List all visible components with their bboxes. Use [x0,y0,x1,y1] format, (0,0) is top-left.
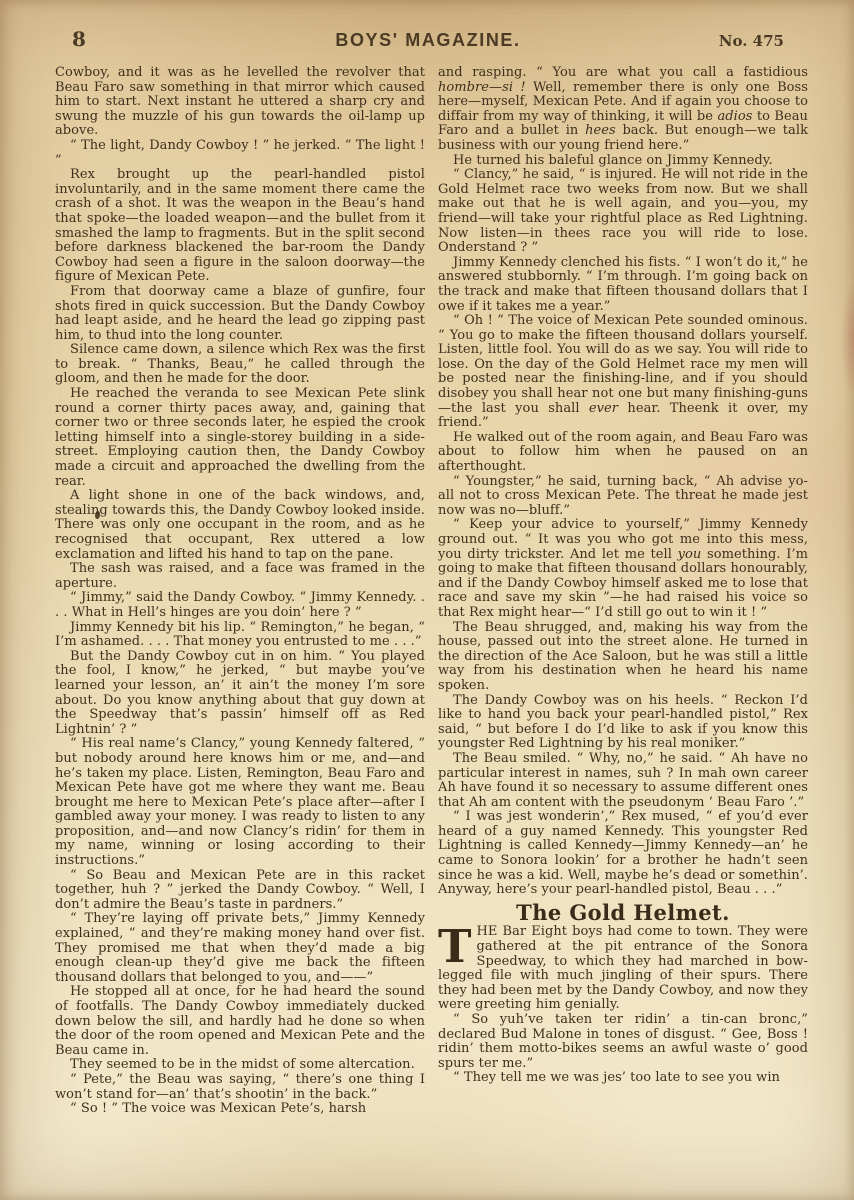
italic-text-run: ever [589,401,618,416]
story-paragraph: Cowboy, and it was as he levelled the re… [55,66,425,139]
story-paragraph: He walked out of the room again, and Bea… [438,431,808,475]
story-paragraph: Silence came down, a silence which Rex w… [55,343,425,387]
section-heading: The Gold Helmet. [438,906,808,921]
text-run: A light shone in one of the back windows… [55,488,425,561]
text-run: and rasping. “ You are what you call a f… [438,65,808,80]
italic-text-run: hees [585,123,616,138]
text-run: Silence came down, a silence which Rex w… [55,342,425,386]
story-paragraph: “ His real name’s Clancy,” young Kennedy… [55,737,425,868]
text-run: The Beau shrugged, and, making his way f… [438,620,808,693]
text-run: They seemed to be in the midst of some a… [70,1057,415,1072]
text-run: The Dandy Cowboy was on his heels. “ Rec… [438,693,808,752]
story-paragraph: Rex brought up the pearl-handled pistol … [55,168,425,285]
story-paragraph: “ So ! ” The voice was Mexican Pete’s, h… [55,1102,425,1117]
text-run: He turned his baleful glance on Jimmy Ke… [453,153,773,168]
story-paragraph: THE Bar Eight boys had come to town. The… [438,925,808,1013]
text-run: “ His real name’s Clancy,” young Kennedy… [55,736,425,868]
story-paragraph: He turned his baleful glance on Jimmy Ke… [438,154,808,169]
story-paragraph: He reached the veranda to see Mexican Pe… [55,387,425,489]
story-paragraph: From that doorway came a blaze of gunfir… [55,285,425,343]
text-run: “ Clancy,” he said, “ is injured. He wil… [438,167,808,255]
italic-text-run: hombre—si ! [438,80,526,95]
text-run: “ So yuh’ve taken ter ridin’ a tin-can b… [438,1012,808,1071]
drop-cap: T [438,925,477,966]
story-paragraph: “ The light, Dandy Cowboy ! ” he jerked.… [55,139,425,168]
right-column-bottom: THE Bar Eight boys had come to town. The… [438,925,808,1086]
page-header: 8 BOYS' MAGAZINE. No. 475 [0,0,854,66]
story-paragraph: “ So yuh’ve taken ter ridin’ a tin-can b… [438,1013,808,1071]
text-run: “ So Beau and Mexican Pete are in this r… [55,868,425,912]
text-run: The Beau smiled. “ Why, no,” he said. “ … [438,751,808,810]
story-paragraph: “ So Beau and Mexican Pete are in this r… [55,869,425,913]
text-run: From that doorway came a blaze of gunfir… [55,284,425,343]
text-run: He stopped all at once, for he had heard… [55,984,425,1057]
story-paragraph: “ They tell me we was jes’ too late to s… [438,1071,808,1086]
text-run: Cowboy, and it was as he levelled the re… [55,65,425,138]
magazine-title: BOYS' MAGAZINE. [335,30,520,51]
magazine-page: 8 BOYS' MAGAZINE. No. 475 Cowboy, and it… [0,0,854,1200]
story-paragraph: Jimmy Kennedy clenched his fists. “ I wo… [438,256,808,314]
text-run: “ So ! ” The voice was Mexican Pete’s, h… [70,1101,366,1116]
story-paragraph: The Dandy Cowboy was on his heels. “ Rec… [438,694,808,752]
text-run: HE Bar Eight boys had come to town. They… [438,924,808,1012]
story-paragraph: The Beau shrugged, and, making his way f… [438,621,808,694]
story-paragraph: “ Pete,” the Beau was saying, “ there’s … [55,1073,425,1102]
story-paragraph: “ Keep your advice to yourself,” Jimmy K… [438,518,808,620]
text-run: “ Pete,” the Beau was saying, “ there’s … [55,1072,425,1102]
issue-number: No. 475 [521,32,784,50]
story-paragraph: They seemed to be in the midst of some a… [55,1058,425,1073]
story-paragraph: A light shone in one of the back windows… [55,489,425,562]
text-run: Rex brought up the pearl-handled pistol … [55,167,425,284]
text-run: “ Jimmy,” said the Dandy Cowboy. “ Jimmy… [55,590,425,620]
italic-text-run: adios [717,109,752,124]
text-run: “ They tell me we was jes’ too late to s… [453,1070,780,1085]
text-run: “ I was jest wonderin’,” Rex mused, “ ef… [438,809,808,897]
italic-text-run: you [678,547,702,562]
story-paragraph: Jimmy Kennedy bit his lip. “ Remington,”… [55,621,425,650]
story-columns: Cowboy, and it was as he levelled the re… [0,66,854,1117]
text-run: He reached the veranda to see Mexican Pe… [55,386,425,489]
left-column: Cowboy, and it was as he levelled the re… [55,66,425,1117]
text-run: Jimmy Kennedy bit his lip. “ Remington,”… [55,620,425,650]
text-run: Jimmy Kennedy clenched his fists. “ I wo… [438,255,808,314]
right-column-top: and rasping. “ You are what you call a f… [438,66,808,898]
scan-smudge [840,280,854,400]
story-paragraph: “ Jimmy,” said the Dandy Cowboy. “ Jimmy… [55,591,425,620]
story-paragraph: The sash was raised, and a face was fram… [55,562,425,591]
page-number: 8 [72,27,335,51]
story-paragraph: “ Clancy,” he said, “ is injured. He wil… [438,168,808,256]
story-paragraph: “ Oh ! ” The voice of Mexican Pete sound… [438,314,808,431]
text-run: “ The light, Dandy Cowboy ! ” he jerked.… [55,138,425,168]
right-column: and rasping. “ You are what you call a f… [438,66,808,1117]
story-paragraph: The Beau smiled. “ Why, no,” he said. “ … [438,752,808,810]
story-paragraph: “ Youngster,” he said, turning back, “ A… [438,475,808,519]
text-run: “ Youngster,” he said, turning back, “ A… [438,474,808,518]
story-paragraph: “ I was jest wonderin’,” Rex mused, “ ef… [438,810,808,898]
story-paragraph: But the Dandy Cowboy cut in on him. “ Yo… [55,650,425,738]
story-paragraph: “ They’re laying off private bets,” Jimm… [55,912,425,985]
story-paragraph: and rasping. “ You are what you call a f… [438,66,808,154]
story-paragraph: He stopped all at once, for he had heard… [55,985,425,1058]
text-run: “ They’re laying off private bets,” Jimm… [55,911,425,984]
text-run: The sash was raised, and a face was fram… [55,561,425,591]
text-run: But the Dandy Cowboy cut in on him. “ Yo… [55,649,425,737]
text-run: He walked out of the room again, and Bea… [438,430,808,474]
